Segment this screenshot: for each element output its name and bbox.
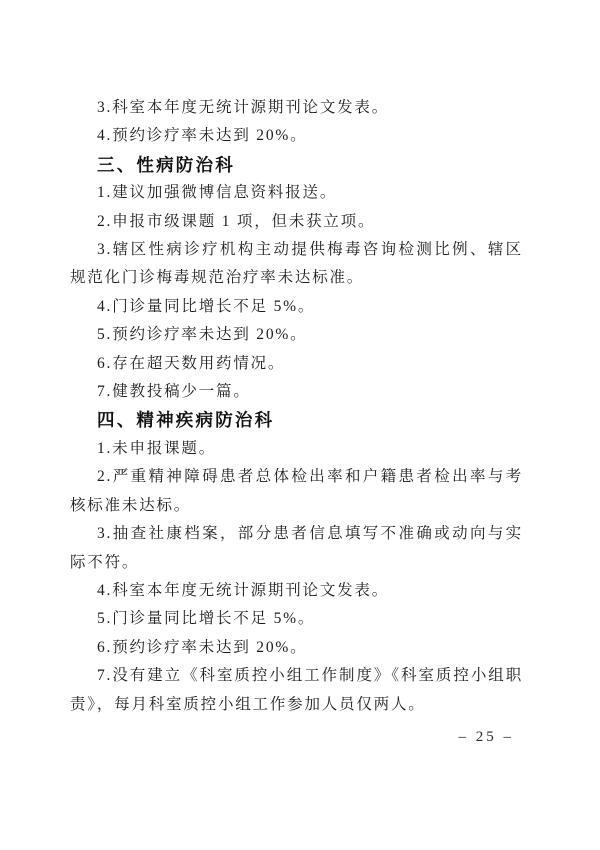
paragraph: 3.科室本年度无统计源期刊论文发表。: [70, 94, 523, 122]
document-body: 3.科室本年度无统计源期刊论文发表。4.预约诊疗率未达到 20%。三、性病防治科…: [70, 94, 523, 719]
paragraph: 5.预约诊疗率未达到 20%。: [70, 321, 523, 349]
paragraph: 2.严重精神障碍患者总体检出率和户籍患者检出率与考核标准未达标。: [70, 463, 523, 520]
paragraph: 2.申报市级课题 1 项，但未获立项。: [70, 208, 523, 236]
page-number: – 25 –: [459, 727, 515, 747]
paragraph: 7.没有建立《科室质控小组工作制度》《科室质控小组职责》，每月科室质控小组工作参…: [70, 662, 523, 719]
paragraph: 6.存在超天数用药情况。: [70, 350, 523, 378]
paragraph: 1.建议加强微博信息资料报送。: [70, 179, 523, 207]
paragraph: 7.健教投稿少一篇。: [70, 378, 523, 406]
section-heading: 四、精神疾病防治科: [70, 406, 523, 434]
paragraph: 3.辖区性病诊疗机构主动提供梅毒咨询检测比例、辖区规范化门诊梅毒规范治疗率未达标…: [70, 236, 523, 293]
paragraph: 6.预约诊疗率未达到 20%。: [70, 634, 523, 662]
paragraph: 4.门诊量同比增长不足 5%。: [70, 293, 523, 321]
paragraph: 1.未申报课题。: [70, 435, 523, 463]
paragraph: 5.门诊量同比增长不足 5%。: [70, 605, 523, 633]
section-heading: 三、性病防治科: [70, 151, 523, 179]
paragraph: 4.预约诊疗率未达到 20%。: [70, 122, 523, 150]
document-page: 3.科室本年度无统计源期刊论文发表。4.预约诊疗率未达到 20%。三、性病防治科…: [0, 0, 600, 850]
paragraph: 3.抽查社康档案，部分患者信息填写不准确或动向与实际不符。: [70, 520, 523, 577]
paragraph: 4.科室本年度无统计源期刊论文发表。: [70, 577, 523, 605]
